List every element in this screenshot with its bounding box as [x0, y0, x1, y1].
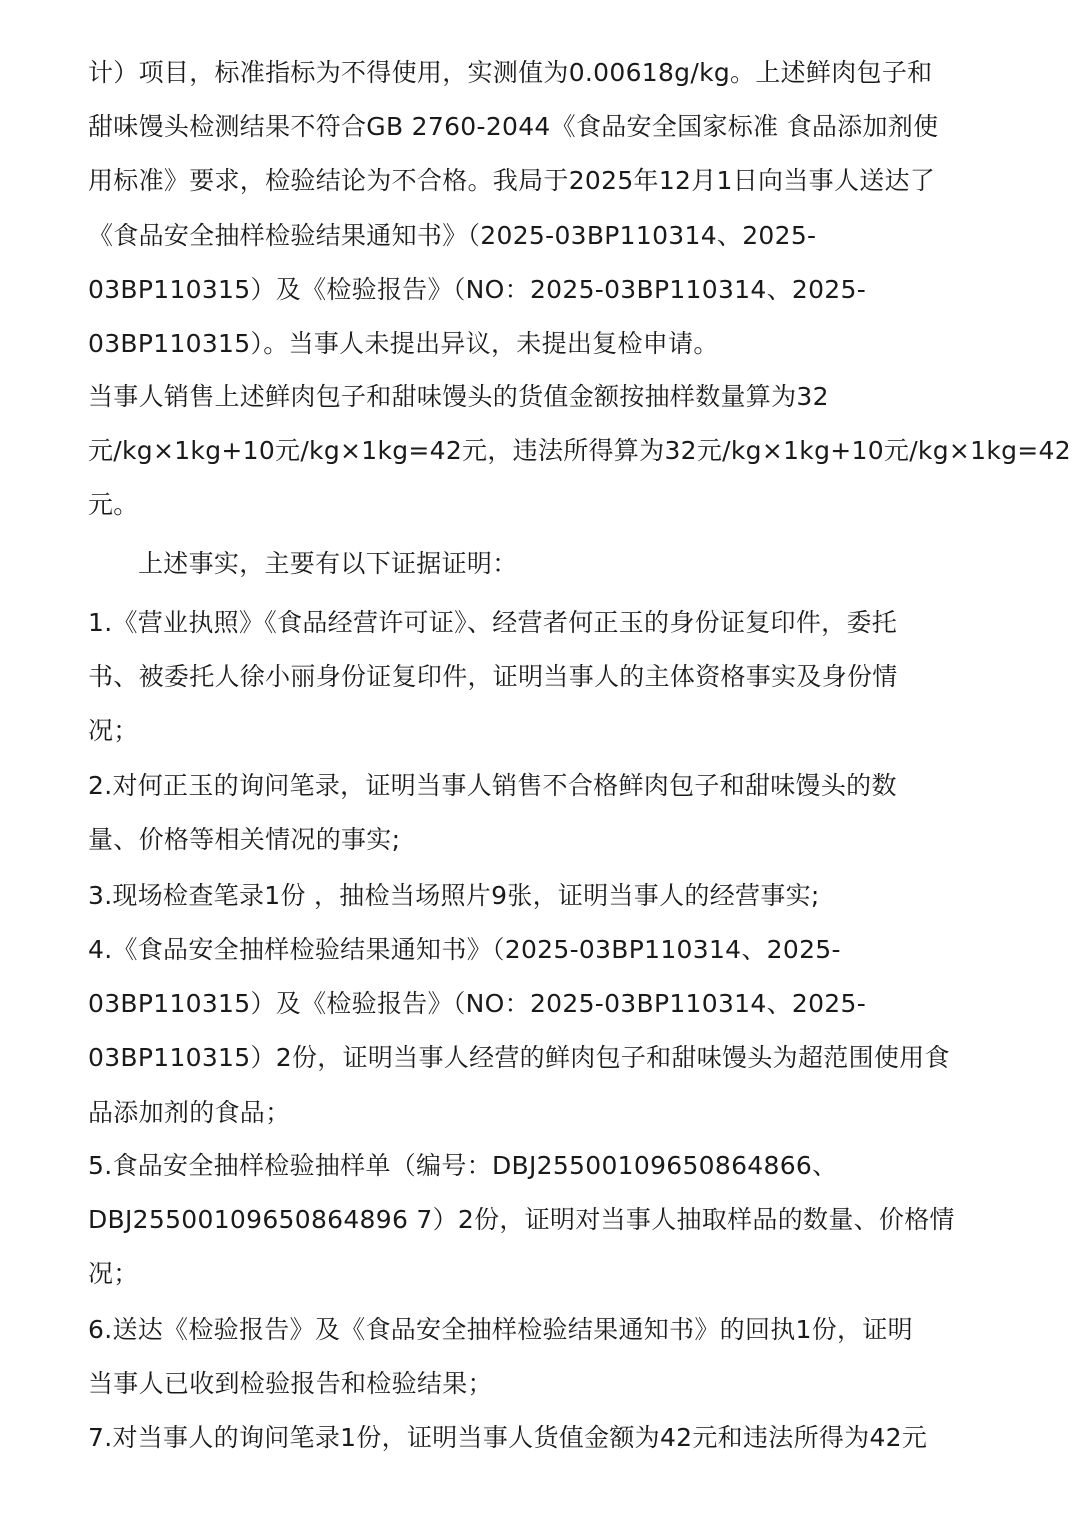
text-line: 03BP110315）及《检验报告》（NO：2025-03BP110314、20…	[88, 274, 866, 306]
evidence-item-3: 3.现场检查笔录1份 ，抽检当场照片9张，证明当事人的经营事实;	[88, 880, 820, 912]
text-line: 当事人销售上述鲜肉包子和甜味馒头的货值金额按抽样数量算为32	[88, 381, 829, 413]
evidence-item-2: 量、价格等相关情况的事实;	[88, 824, 400, 856]
evidence-item-1: 1.《营业执照》《食品经营许可证》、经营者何正玉的身份证复印件，委托	[88, 607, 897, 639]
document-page: 计）项目，标准指标为不得使用，实测值为0.00618g/kg。上述鲜肉包子和 甜…	[0, 0, 1073, 1519]
evidence-item-4: 03BP110315）2份，证明当事人经营的鲜肉包子和甜味馒头为超范围使用食	[88, 1042, 950, 1074]
evidence-item-4: 品添加剂的食品；	[88, 1097, 290, 1129]
evidence-item-5: 况；	[88, 1258, 139, 1290]
evidence-item-5: DBJ25500109650864896 7）2份，证明对当事人抽取样品的数量、…	[88, 1204, 955, 1236]
evidence-item-4: 03BP110315）及《检验报告》（NO：2025-03BP110314、20…	[88, 988, 866, 1020]
evidence-item-6: 当事人已收到检验报告和检验结果；	[88, 1368, 493, 1400]
evidence-item-2: 2.对何正玉的询问笔录，证明当事人销售不合格鲜肉包子和甜味馒头的数	[88, 770, 897, 802]
text-line: 计）项目，标准指标为不得使用，实测值为0.00618g/kg。上述鲜肉包子和	[88, 57, 932, 89]
text-line: 《食品安全抽样检验结果通知书》（2025-03BP110314、2025-	[88, 220, 816, 252]
text-line: 元/kg×1kg+10元/kg×1kg=42元，违法所得算为32元/kg×1kg…	[88, 435, 1071, 467]
evidence-item-7: 7.对当事人的询问笔录1份，证明当事人货值金额为42元和违法所得为42元	[88, 1422, 927, 1454]
evidence-item-1: 书、被委托人徐小丽身份证复印件，证明当事人的主体资格事实及身份情	[88, 661, 898, 693]
evidence-heading: 上述事实，主要有以下证据证明：	[138, 548, 518, 580]
text-line: 用标准》要求，检验结论为不合格。我局于2025年12月1日向当事人送达了	[88, 165, 935, 197]
text-line: 元。	[88, 489, 139, 521]
evidence-item-6: 6.送达《检验报告》及《食品安全抽样检验结果通知书》的回执1份，证明	[88, 1314, 913, 1346]
evidence-item-4: 4.《食品安全抽样检验结果通知书》（2025-03BP110314、2025-	[88, 934, 841, 966]
text-line: 03BP110315）。当事人未提出异议，未提出复检申请。	[88, 328, 719, 360]
evidence-item-1: 况；	[88, 715, 139, 747]
evidence-item-5: 5.食品安全抽样检验抽样单（编号：DBJ25500109650864866、	[88, 1150, 837, 1182]
text-line: 甜味馒头检测结果不符合GB 2760-2044《食品安全国家标准 食品添加剂使	[88, 111, 938, 143]
